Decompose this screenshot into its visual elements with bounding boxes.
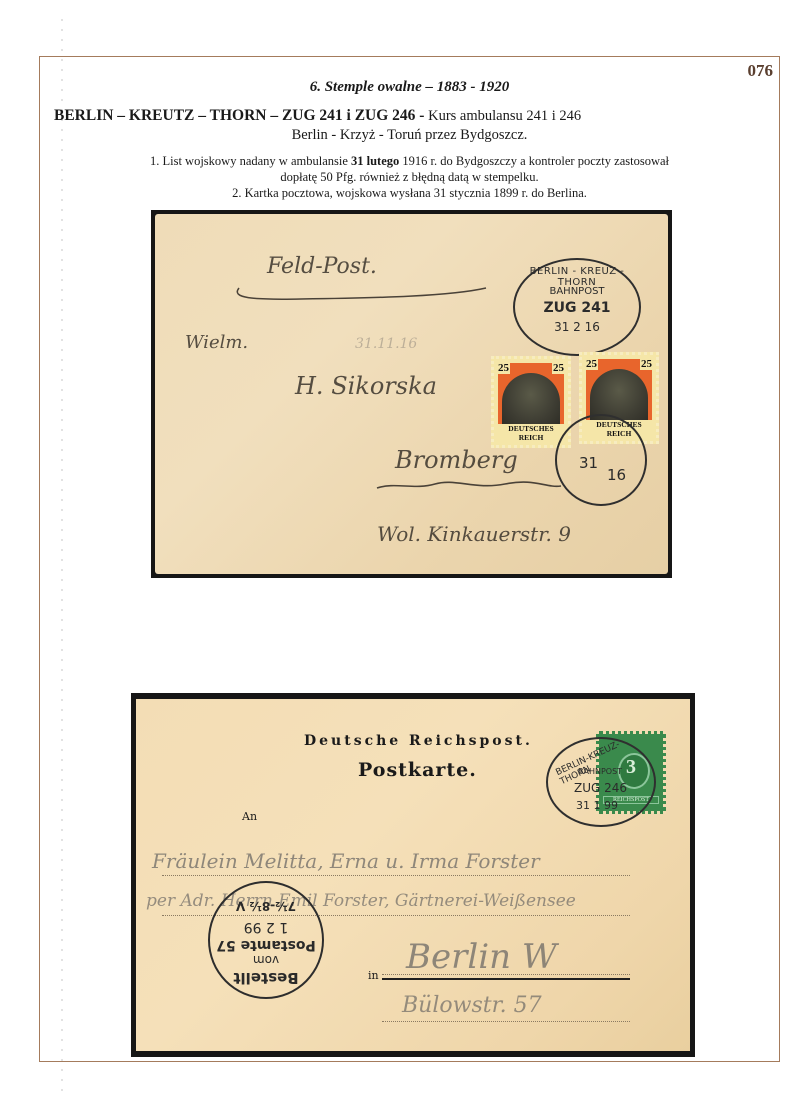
desc1-post: 1916 r. do Bydgoszczy a kontroler poczty…	[399, 154, 669, 168]
description: 1. List wojskowy nadany w ambulansie 31 …	[40, 153, 779, 201]
handwriting-addressee: H. Sikorska	[295, 372, 437, 400]
postage-stamp-1: 25 25 DEUTSCHES REICH	[491, 356, 571, 448]
in-label: in	[368, 969, 379, 982]
arrival-time: 7½-8½ V	[210, 899, 322, 913]
postcard: Deutsche Reichspost. Postkarte. An Fräul…	[131, 693, 695, 1057]
cancel-line-1: BAHNPOST	[578, 767, 622, 776]
oval-railway-cancel: BERLIN-KREUZ-THORN BAHNPOST ZUG 246 31 1…	[546, 737, 656, 827]
description-item-2: 2. Kartka pocztowa, wojskowa wysłana 31 …	[40, 185, 779, 201]
address-line-1	[162, 875, 630, 876]
handwriting-city: Berlin W	[406, 937, 557, 977]
germania-portrait	[502, 373, 560, 427]
cancel-arc-text: BERLIN - KREUZ - THORN	[515, 266, 639, 288]
arrival-line-2: vom	[210, 953, 322, 967]
stamp-value: 25	[497, 362, 510, 374]
arrival-line-1: Bestellt	[210, 969, 322, 987]
handwriting-salutation: Wielm.	[185, 332, 248, 353]
underline-flourish	[231, 274, 491, 304]
route-heading-normal: Kurs ambulansu 241 i 246	[424, 108, 581, 124]
city-underline	[375, 476, 565, 496]
desc1-bold: 31 lutego	[351, 154, 399, 168]
cancel-line-2: ZUG 246	[574, 781, 627, 795]
stamp-value: 25	[585, 358, 598, 370]
postcard-title: Postkarte.	[358, 759, 477, 781]
cancel-date: 31 1 99	[576, 799, 618, 812]
stamp-caption: DEUTSCHES REICH	[498, 424, 564, 442]
handwriting-street: Bülowstr. 57	[402, 993, 542, 1018]
postcard-paper: Deutsche Reichspost. Postkarte. An Fräul…	[136, 699, 690, 1051]
pencil-note: 31.11.16	[355, 336, 417, 352]
route-heading-bold: BERLIN – KREUTZ – THORN – ZUG 241 i ZUG …	[54, 107, 424, 124]
address-line-4	[382, 1021, 630, 1022]
round-cancel-year: 16	[607, 466, 626, 484]
arrival-date: 1 2 99	[210, 919, 322, 935]
envelope-paper: Feld-Post. Wielm. 31.11.16 H. Sikorska B…	[155, 214, 668, 574]
round-cancel-date: 31	[579, 454, 598, 472]
stamp-value: 25	[640, 358, 653, 370]
to-label: An	[242, 810, 257, 823]
handwriting-street: Wol. Kinkauerstr. 9	[377, 522, 571, 546]
cancel-line-1: BAHNPOST	[515, 286, 639, 297]
arrival-line-3: Postamte 57	[210, 937, 322, 953]
arrival-cancel: Bestellt vom Postamte 57 1 2 99 7½-8½ V	[208, 881, 324, 999]
stamp-value: 25	[552, 362, 565, 374]
round-cancel: 31 16	[555, 414, 647, 506]
route-heading: BERLIN – KREUTZ – THORN – ZUG 241 i ZUG …	[54, 107, 581, 125]
oval-railway-cancel: BERLIN - KREUZ - THORN BAHNPOST ZUG 241 …	[513, 258, 641, 356]
route-subtitle: Berlin - Krzyż - Toruń przez Bydgoszcz.	[40, 127, 779, 144]
section-title: 6. Stemple owalne – 1883 - 1920	[40, 79, 779, 96]
page-number: 076	[748, 61, 774, 81]
description-item-1: 1. List wojskowy nadany w ambulansie 31 …	[40, 153, 779, 169]
handwriting-city: Bromberg	[395, 446, 518, 474]
envelope-cover: Feld-Post. Wielm. 31.11.16 H. Sikorska B…	[151, 210, 672, 578]
postcard-header: Deutsche Reichspost.	[304, 733, 533, 749]
desc1-pre: 1. List wojskowy nadany w ambulansie	[150, 154, 351, 168]
cancel-line-2: ZUG 241	[515, 300, 639, 316]
address-solid-line	[382, 978, 630, 980]
cancel-date: 31 2 16	[515, 320, 639, 334]
handwriting-recipients: Fräulein Melitta, Erna u. Irma Forster	[152, 849, 540, 873]
description-item-1-line2: dopłatę 50 Pfg. również z błędną datą w …	[40, 169, 779, 185]
